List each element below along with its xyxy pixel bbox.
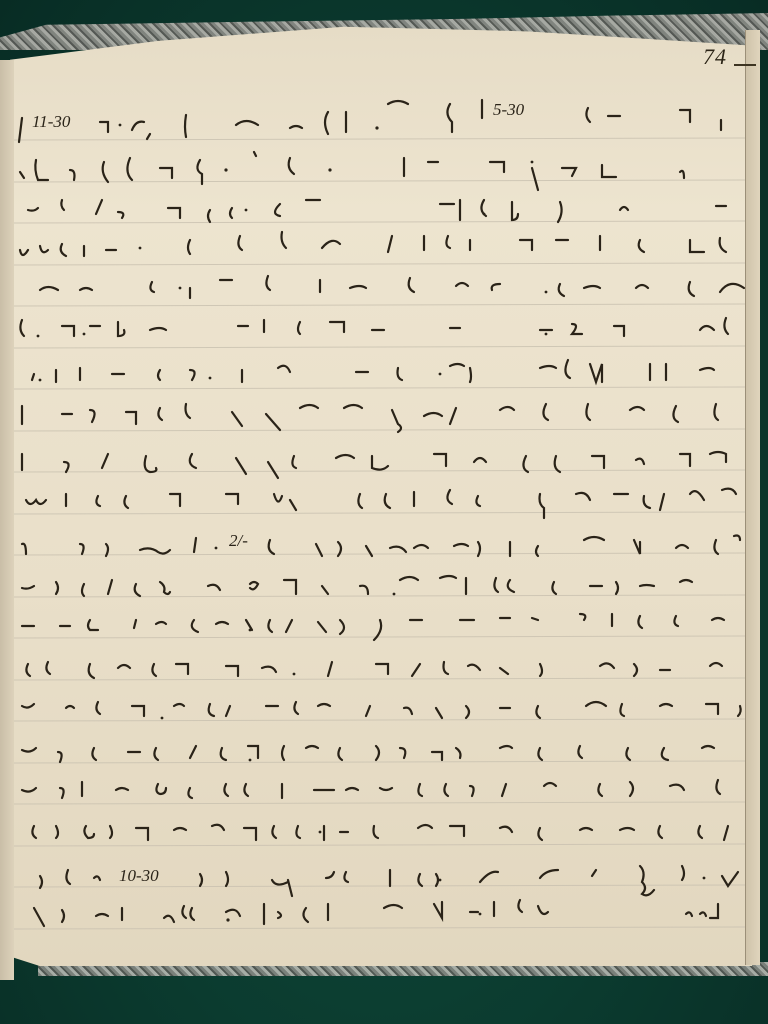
shorthand-handwriting [0,0,768,1024]
